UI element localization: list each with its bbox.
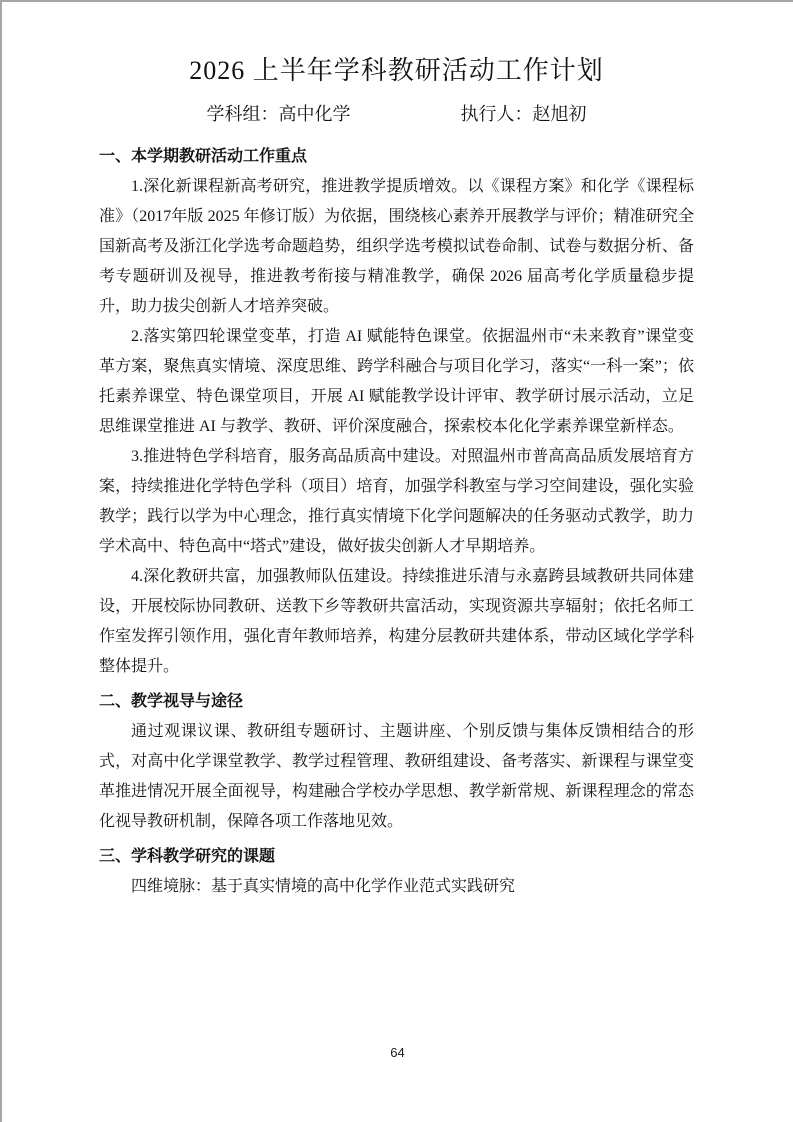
byline: 学科组：高中化学 执行人：赵旭初 [99, 101, 694, 127]
executor-text: 执行人：赵旭初 [461, 101, 587, 127]
document-content: 2026 上半年学科教研活动工作计划 学科组：高中化学 执行人：赵旭初 一、本学… [2, 54, 793, 902]
section-1-heading: 一、本学期教研活动工作重点 [99, 142, 694, 172]
section-3-paragraph-1: 四维境脉：基于真实情境的高中化学作业范式实践研究 [99, 872, 694, 902]
section-1-paragraph-4: 4.深化教研共富，加强教师队伍建设。持续推进乐清与永嘉跨县域教研共同体建设，开展… [99, 562, 694, 682]
section-1-paragraph-3: 3.推进特色学科培育，服务高品质高中建设。对照温州市普高高品质发展培育方案，持续… [99, 442, 694, 562]
page-number: 64 [390, 1045, 404, 1060]
subject-group-text: 学科组：高中化学 [207, 101, 351, 127]
section-1-paragraph-1: 1.深化新课程新高考研究，推进教学提质增效。以《课程方案》和化学《课程标准》（2… [99, 172, 694, 322]
page-footer: 64 [2, 1044, 793, 1062]
section-3-heading: 三、学科教学研究的课题 [99, 842, 694, 872]
document-title: 2026 上半年学科教研活动工作计划 [99, 54, 694, 88]
document-page: 2026 上半年学科教研活动工作计划 学科组：高中化学 执行人：赵旭初 一、本学… [0, 0, 793, 1122]
section-1-paragraph-2: 2.落实第四轮课堂变革，打造 AI 赋能特色课堂。依据温州市“未来教育”课堂变革… [99, 322, 694, 442]
section-2-heading: 二、教学视导与途径 [99, 687, 694, 717]
section-2-paragraph-1: 通过观课议课、教研组专题研讨、主题讲座、个别反馈与集体反馈相结合的形式，对高中化… [99, 717, 694, 837]
